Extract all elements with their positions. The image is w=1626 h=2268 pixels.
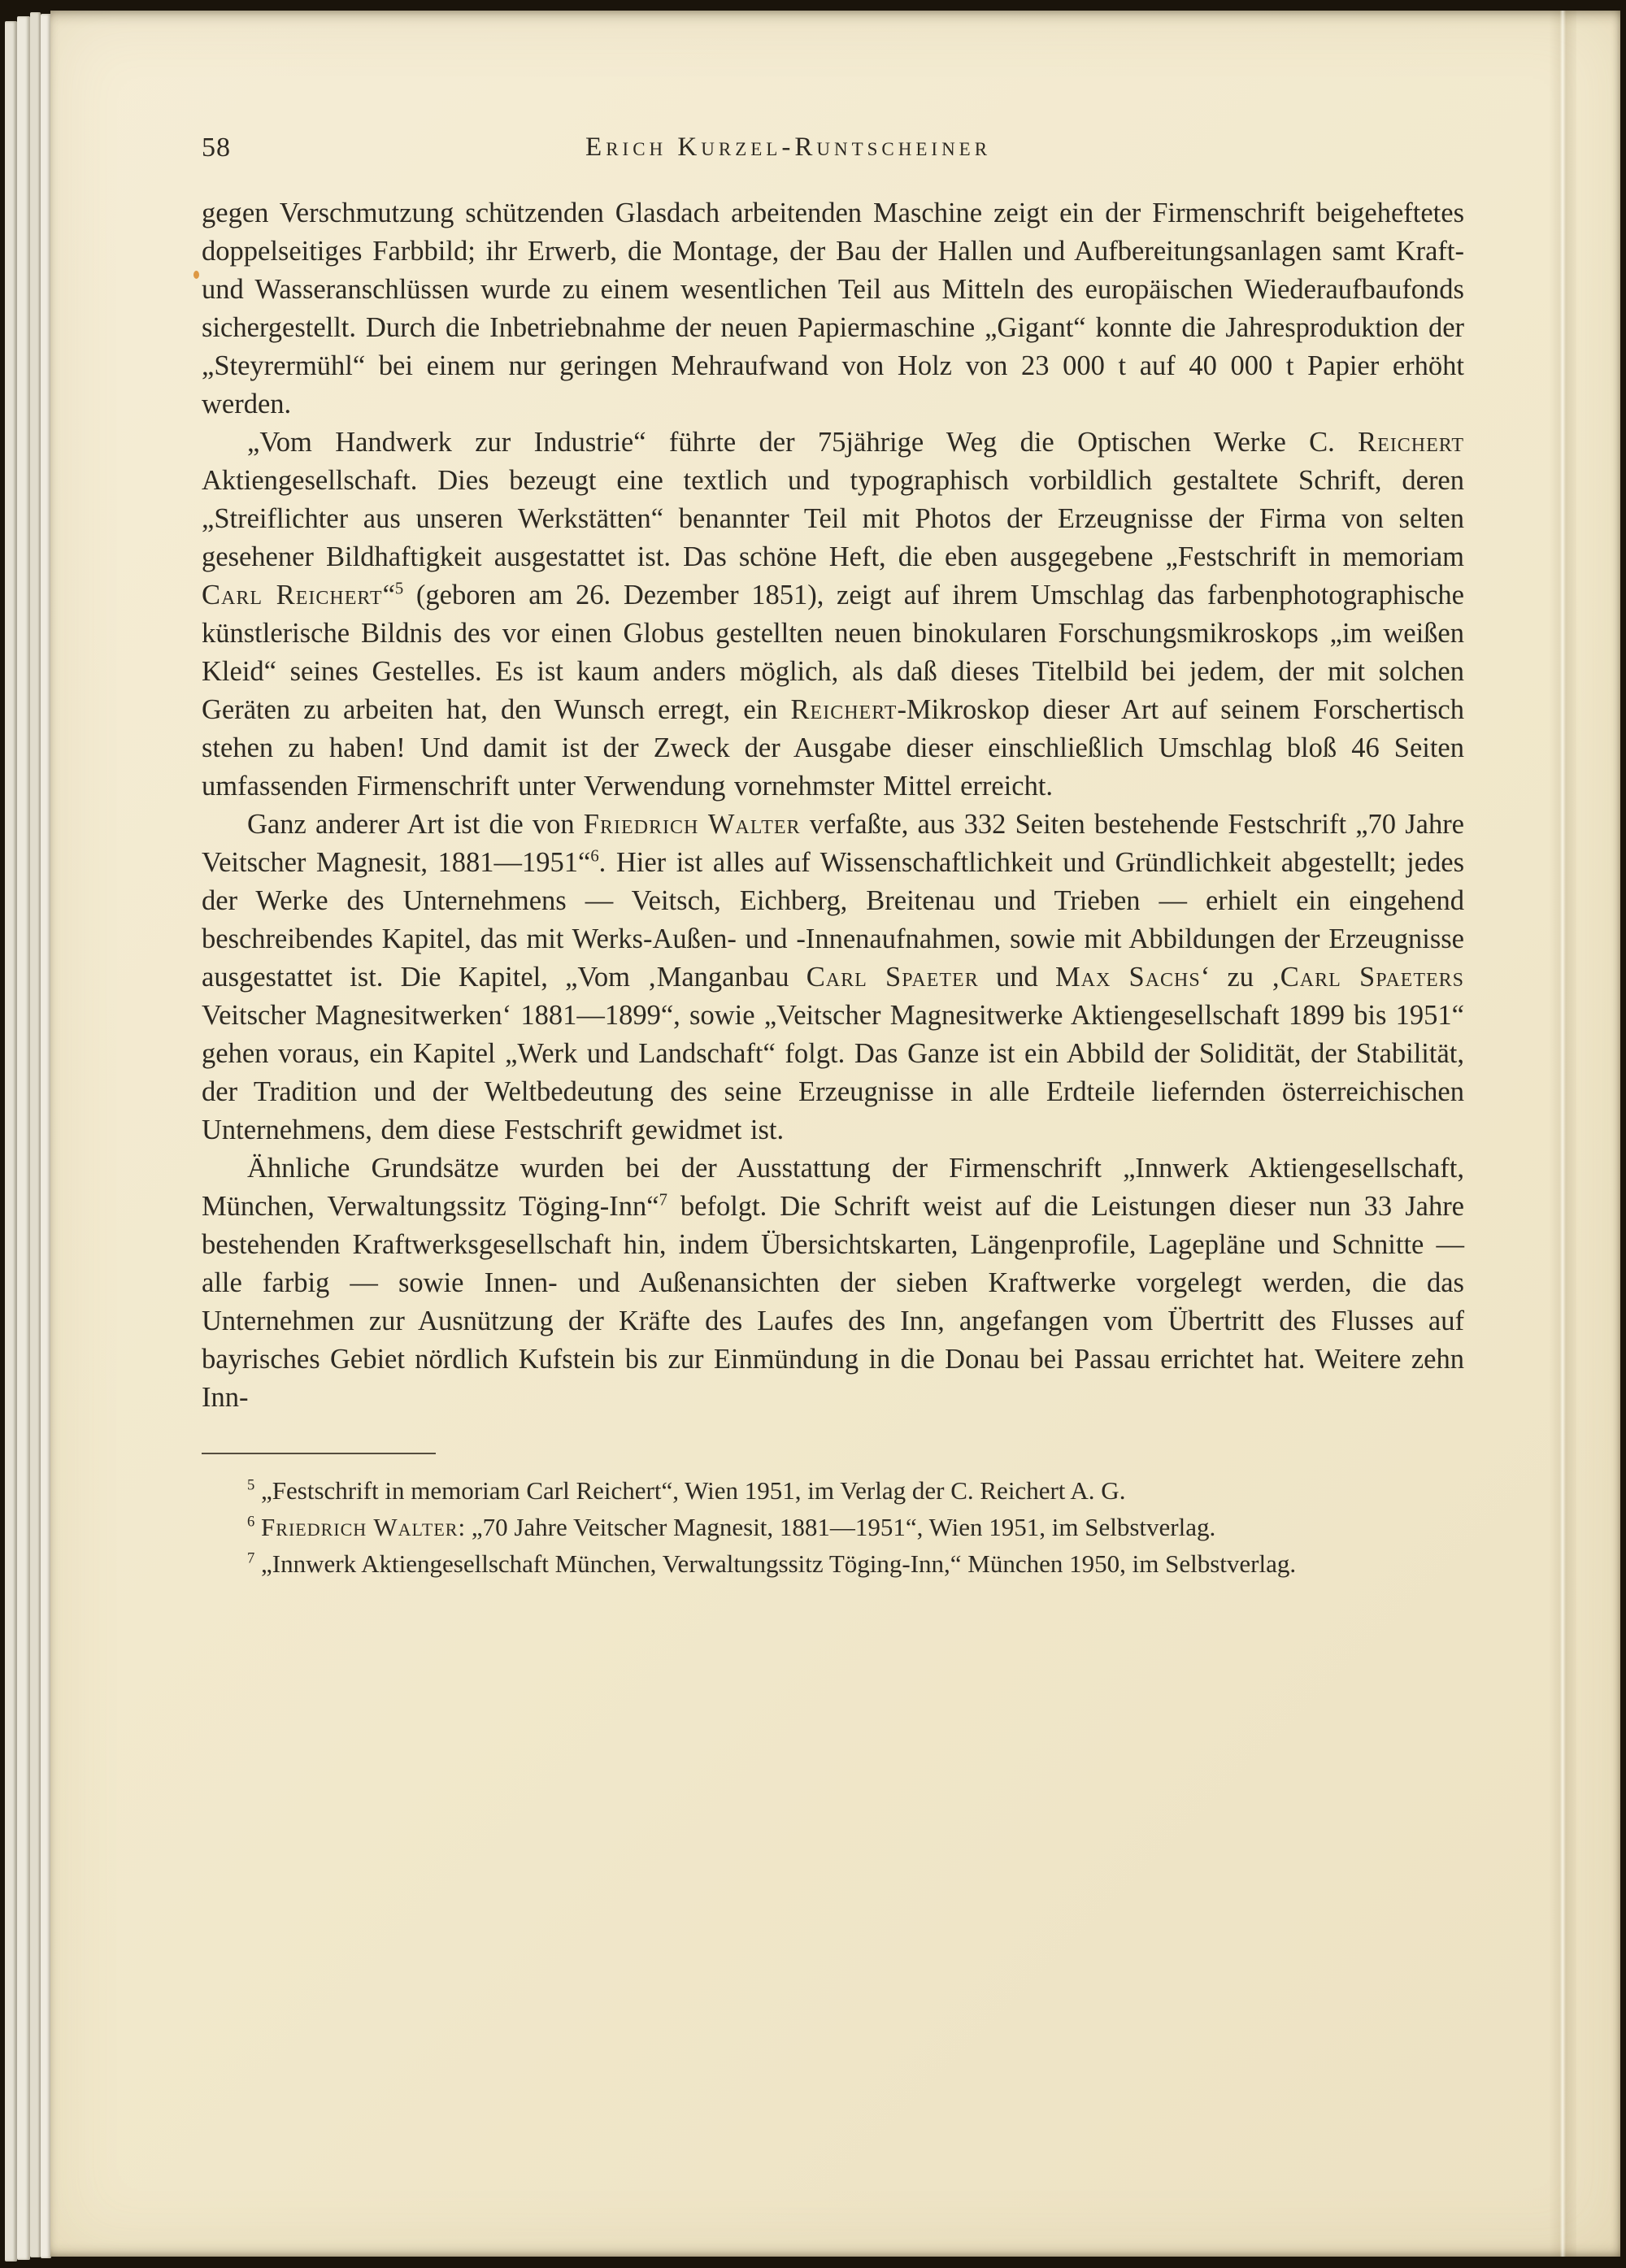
page-header: 58 Erich Kurzel-Runtscheiner: [50, 11, 1620, 172]
page-edge-stack-1: [5, 21, 17, 2261]
paper-speck: [193, 271, 199, 279]
body-paragraph-2: „Vom Handwerk zur Industrie“ führte der …: [202, 424, 1464, 806]
footnote-6: 6 Friedrich Walter: „70 Jahre Veitscher …: [202, 1509, 1464, 1545]
running-title: Erich Kurzel-Runtscheiner: [585, 133, 991, 163]
page-edge-stack-2: [17, 16, 30, 2260]
footnotes-section: 5 „Festschrift in memoriam Carl Reichert…: [50, 1453, 1620, 1582]
page-number: 58: [202, 133, 231, 163]
footnote-5: 5 „Festschrift in memoriam Carl Reichert…: [202, 1472, 1464, 1509]
page-edge-stack-3: [30, 12, 41, 2257]
footnote-7: 7 „Innwerk Aktiengesellschaft München, V…: [202, 1545, 1464, 1582]
body-paragraph-4: Ähnliche Grundsätze wurden bei der Ausst…: [202, 1149, 1464, 1417]
body-paragraph-3: Ganz anderer Art ist die von Friedrich W…: [202, 806, 1464, 1149]
body-paragraph-1: gegen Verschmutzung schützenden Glasdach…: [202, 194, 1464, 424]
scanned-book-photo: { "colors": { "background": "#1a140b", "…: [0, 0, 1626, 2268]
footnote-divider: [202, 1453, 436, 1454]
book-page: 58 Erich Kurzel-Runtscheiner gegen Versc…: [50, 11, 1620, 2257]
page-body: gegen Verschmutzung schützenden Glasdach…: [50, 172, 1620, 1417]
